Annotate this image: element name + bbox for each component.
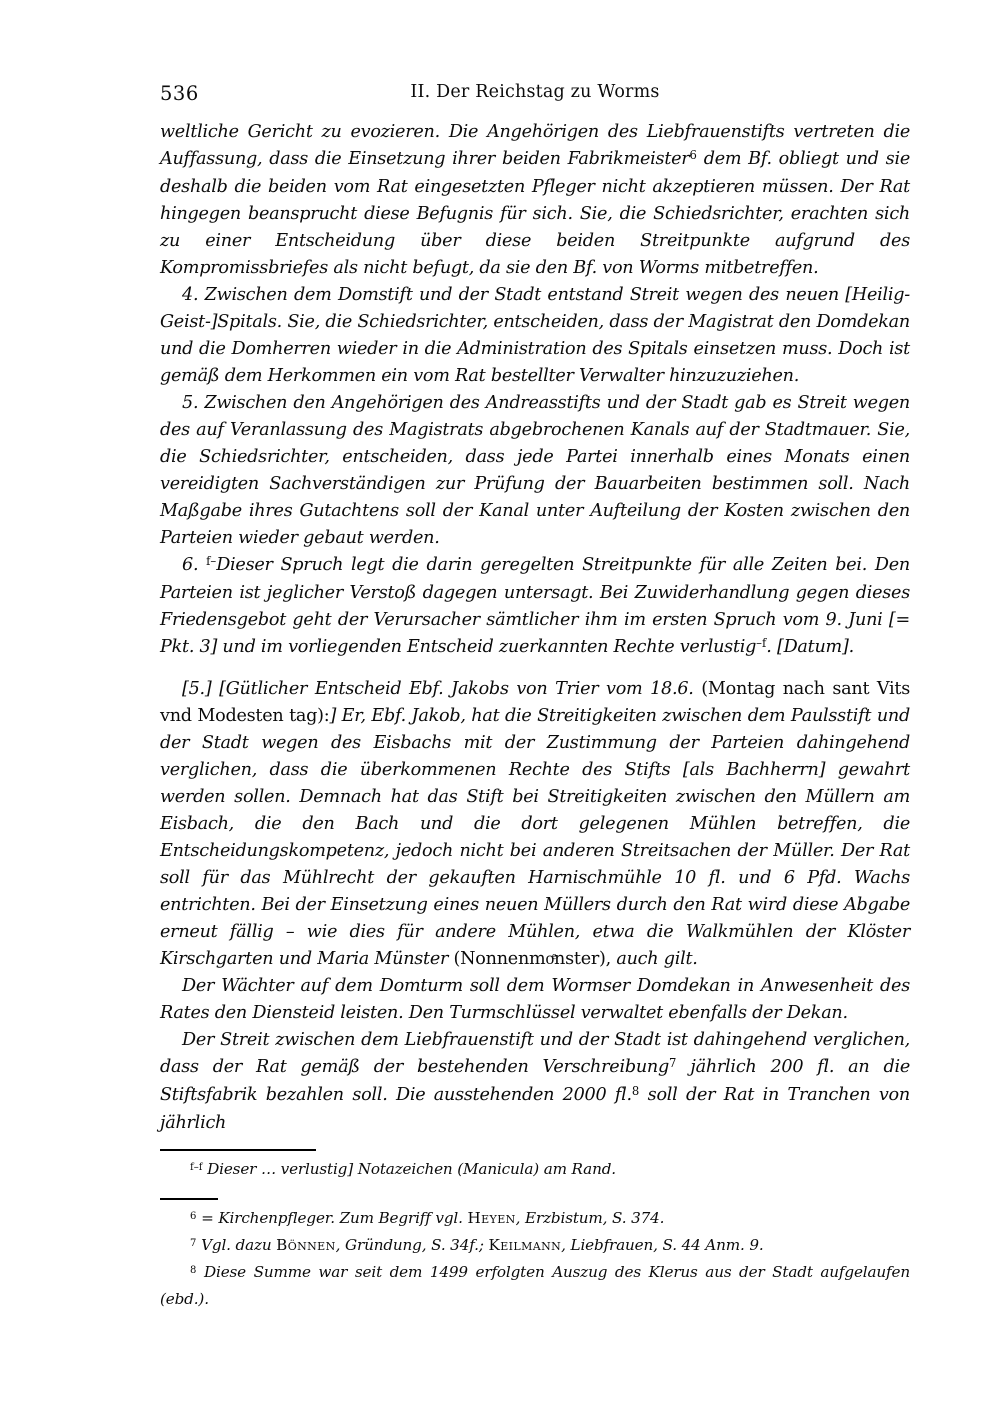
body-paragraph: 4. Zwischen dem Domstift und der Stadt e… bbox=[160, 282, 910, 390]
footnote: 8 Diese Summe war seit dem 1499 erfolgte… bbox=[160, 1260, 910, 1312]
text-segment: ] Er, Ebf. Jakob, hat die Streitigkeiten… bbox=[160, 706, 910, 969]
superscript-note-ref: 7 bbox=[669, 1056, 676, 1070]
body-paragraph: 6. f–Dieser Spruch legt die darin gerege… bbox=[160, 552, 910, 662]
superscript-note-ref: 8 bbox=[632, 1084, 639, 1098]
footnote-marker: 7 bbox=[190, 1238, 196, 1249]
apparatus-note: f–f Dieser … verlustig] Notazeichen (Man… bbox=[160, 1157, 910, 1184]
text-segment: Heyen bbox=[467, 1209, 515, 1227]
book-page: 536 II. Der Reichstag zu Worms weltliche… bbox=[0, 0, 1004, 1418]
page-content: 536 II. Der Reichstag zu Worms weltliche… bbox=[160, 82, 910, 1312]
text-segment: , Gründung, S. 34f.; bbox=[336, 1236, 489, 1254]
superscript-note-ref: –f bbox=[756, 636, 766, 650]
text-segment: Bönnen bbox=[276, 1236, 335, 1254]
footnote: 7 Vgl. dazu Bönnen, Gründung, S. 34f.; K… bbox=[160, 1233, 910, 1260]
text-segment: 6. bbox=[182, 555, 206, 575]
text-segment: Diese Summe war seit dem 1499 erfolgten … bbox=[160, 1263, 910, 1308]
text-segment: Vgl. dazu bbox=[201, 1236, 276, 1254]
text-segment: , Liebfrauen, S. 44 Anm. 9. bbox=[561, 1236, 763, 1254]
text-segment: Der Wächter auf dem Domturm soll dem Wor… bbox=[160, 976, 910, 1023]
text-segment: [5.] [Gütlicher Entscheid Ebf. Jakobs vo… bbox=[182, 679, 701, 699]
text-segment: . [Datum]. bbox=[766, 637, 854, 657]
apparatus-section: f–f Dieser … verlustig] Notazeichen (Man… bbox=[160, 1149, 910, 1184]
text-segment: 4. Zwischen dem Domstift und der Stadt e… bbox=[160, 285, 910, 386]
footnotes-section: 6 = Kirchenpfleger. Zum Begriff vgl. Hey… bbox=[160, 1198, 910, 1312]
footnote-separator-rule bbox=[160, 1198, 218, 1200]
footnotes-list: 6 = Kirchenpfleger. Zum Begriff vgl. Hey… bbox=[160, 1206, 910, 1312]
text-segment: auch gilt. bbox=[611, 949, 698, 969]
body-text: weltliche Gericht zu evozieren. Die Ange… bbox=[160, 119, 910, 1137]
apparatus-separator-rule bbox=[160, 1149, 316, 1151]
superscript-note-ref: 6 bbox=[689, 148, 696, 162]
text-segment: (Nonnenmoͤnster), bbox=[454, 949, 611, 969]
footnote: 6 = Kirchenpfleger. Zum Begriff vgl. Hey… bbox=[160, 1206, 910, 1233]
page-header: 536 II. Der Reichstag zu Worms bbox=[160, 82, 910, 108]
footnote-marker: 8 bbox=[190, 1265, 196, 1276]
page-number: 536 bbox=[160, 82, 199, 105]
body-paragraph: Der Streit zwischen dem Liebfrauenstift … bbox=[160, 1027, 910, 1137]
apparatus-marker: f–f bbox=[190, 1162, 202, 1173]
text-segment: = Kirchenpfleger. Zum Begriff vgl. bbox=[201, 1209, 467, 1227]
footnote-marker: 6 bbox=[190, 1211, 196, 1222]
text-segment: 5. Zwischen den Angehörigen des Andreass… bbox=[160, 393, 910, 548]
text-segment: Keilmann bbox=[488, 1236, 561, 1254]
text-segment: , Erzbistum, S. 374. bbox=[516, 1209, 665, 1227]
running-head: II. Der Reichstag zu Worms bbox=[160, 82, 910, 102]
body-paragraph: 5. Zwischen den Angehörigen des Andreass… bbox=[160, 390, 910, 552]
superscript-note-ref: f– bbox=[206, 554, 216, 568]
body-paragraph: Der Wächter auf dem Domturm soll dem Wor… bbox=[160, 973, 910, 1027]
text-segment: Dieser … verlustig] Notazeichen (Manicul… bbox=[207, 1160, 616, 1178]
body-paragraph: [5.] [Gütlicher Entscheid Ebf. Jakobs vo… bbox=[160, 676, 910, 973]
body-paragraph: weltliche Gericht zu evozieren. Die Ange… bbox=[160, 119, 910, 282]
